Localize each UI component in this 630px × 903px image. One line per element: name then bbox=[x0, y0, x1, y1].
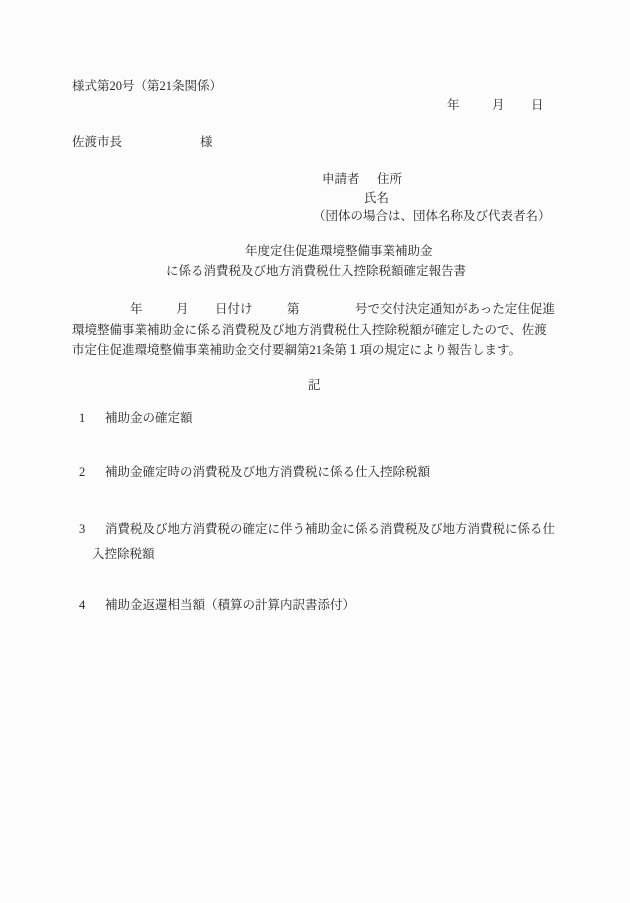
list-item-2-text: 補助金確定時の消費税及び地方消費税に係る仕入控除税額 bbox=[105, 466, 430, 479]
body-day-suffix: 日付け bbox=[215, 303, 253, 316]
list-item-1-number: 1 bbox=[79, 412, 85, 425]
body-line3: 市定住促進環境整備事業補助金交付要綱第21条第１項の規定により報告します。 bbox=[72, 344, 521, 357]
document-title-line1: 年度定住促進環境整備事業補助金 bbox=[245, 245, 433, 258]
applicant-group-note: （団体の場合は、団体名称及び代表者名） bbox=[313, 210, 551, 223]
body-year-label: 年 bbox=[130, 303, 143, 316]
applicant-name-label: 氏名 bbox=[364, 192, 389, 205]
list-item-1-text: 補助金の確定額 bbox=[105, 412, 193, 425]
list-item-3-text-line1: 消費税及び地方消費税の確定に伴う補助金に係る消費税及び地方消費税に係る仕 bbox=[105, 523, 555, 536]
body-line2: 環境整備事業補助金に係る消費税及び地方消費税仕入控除税額が確定したので、佐渡 bbox=[72, 324, 547, 337]
document-page: 様式第20号（第21条関係） 年 月 日 佐渡市長 様 申請者 住所 氏名 （団… bbox=[0, 0, 630, 903]
body-no-prefix: 第 bbox=[287, 303, 300, 316]
header-date-year-label: 年 bbox=[447, 99, 460, 112]
list-item-4-number: 4 bbox=[79, 599, 85, 612]
applicant-address-label: 住所 bbox=[377, 173, 402, 186]
document-title-line2: に係る消費税及び地方消費税仕入控除税額確定報告書 bbox=[166, 265, 466, 278]
list-item-4-text: 補助金返還相当額（積算の計算内訳書添付） bbox=[105, 599, 355, 612]
addressee-name: 佐渡市長 bbox=[72, 136, 122, 149]
form-number: 様式第20号（第21条関係） bbox=[72, 80, 222, 93]
applicant-label: 申請者 bbox=[322, 173, 360, 186]
list-item-2-number: 2 bbox=[79, 466, 85, 479]
body-line1-rest: 号で交付決定通知があった定住促進 bbox=[355, 303, 555, 316]
list-marker: 記 bbox=[308, 379, 321, 392]
addressee-honorific: 様 bbox=[200, 136, 213, 149]
header-date-day-label: 日 bbox=[531, 99, 544, 112]
body-month-label: 月 bbox=[176, 303, 189, 316]
list-item-3-number: 3 bbox=[79, 523, 85, 536]
list-item-3-text-line2: 入控除税額 bbox=[92, 548, 155, 561]
header-date-month-label: 月 bbox=[492, 99, 505, 112]
